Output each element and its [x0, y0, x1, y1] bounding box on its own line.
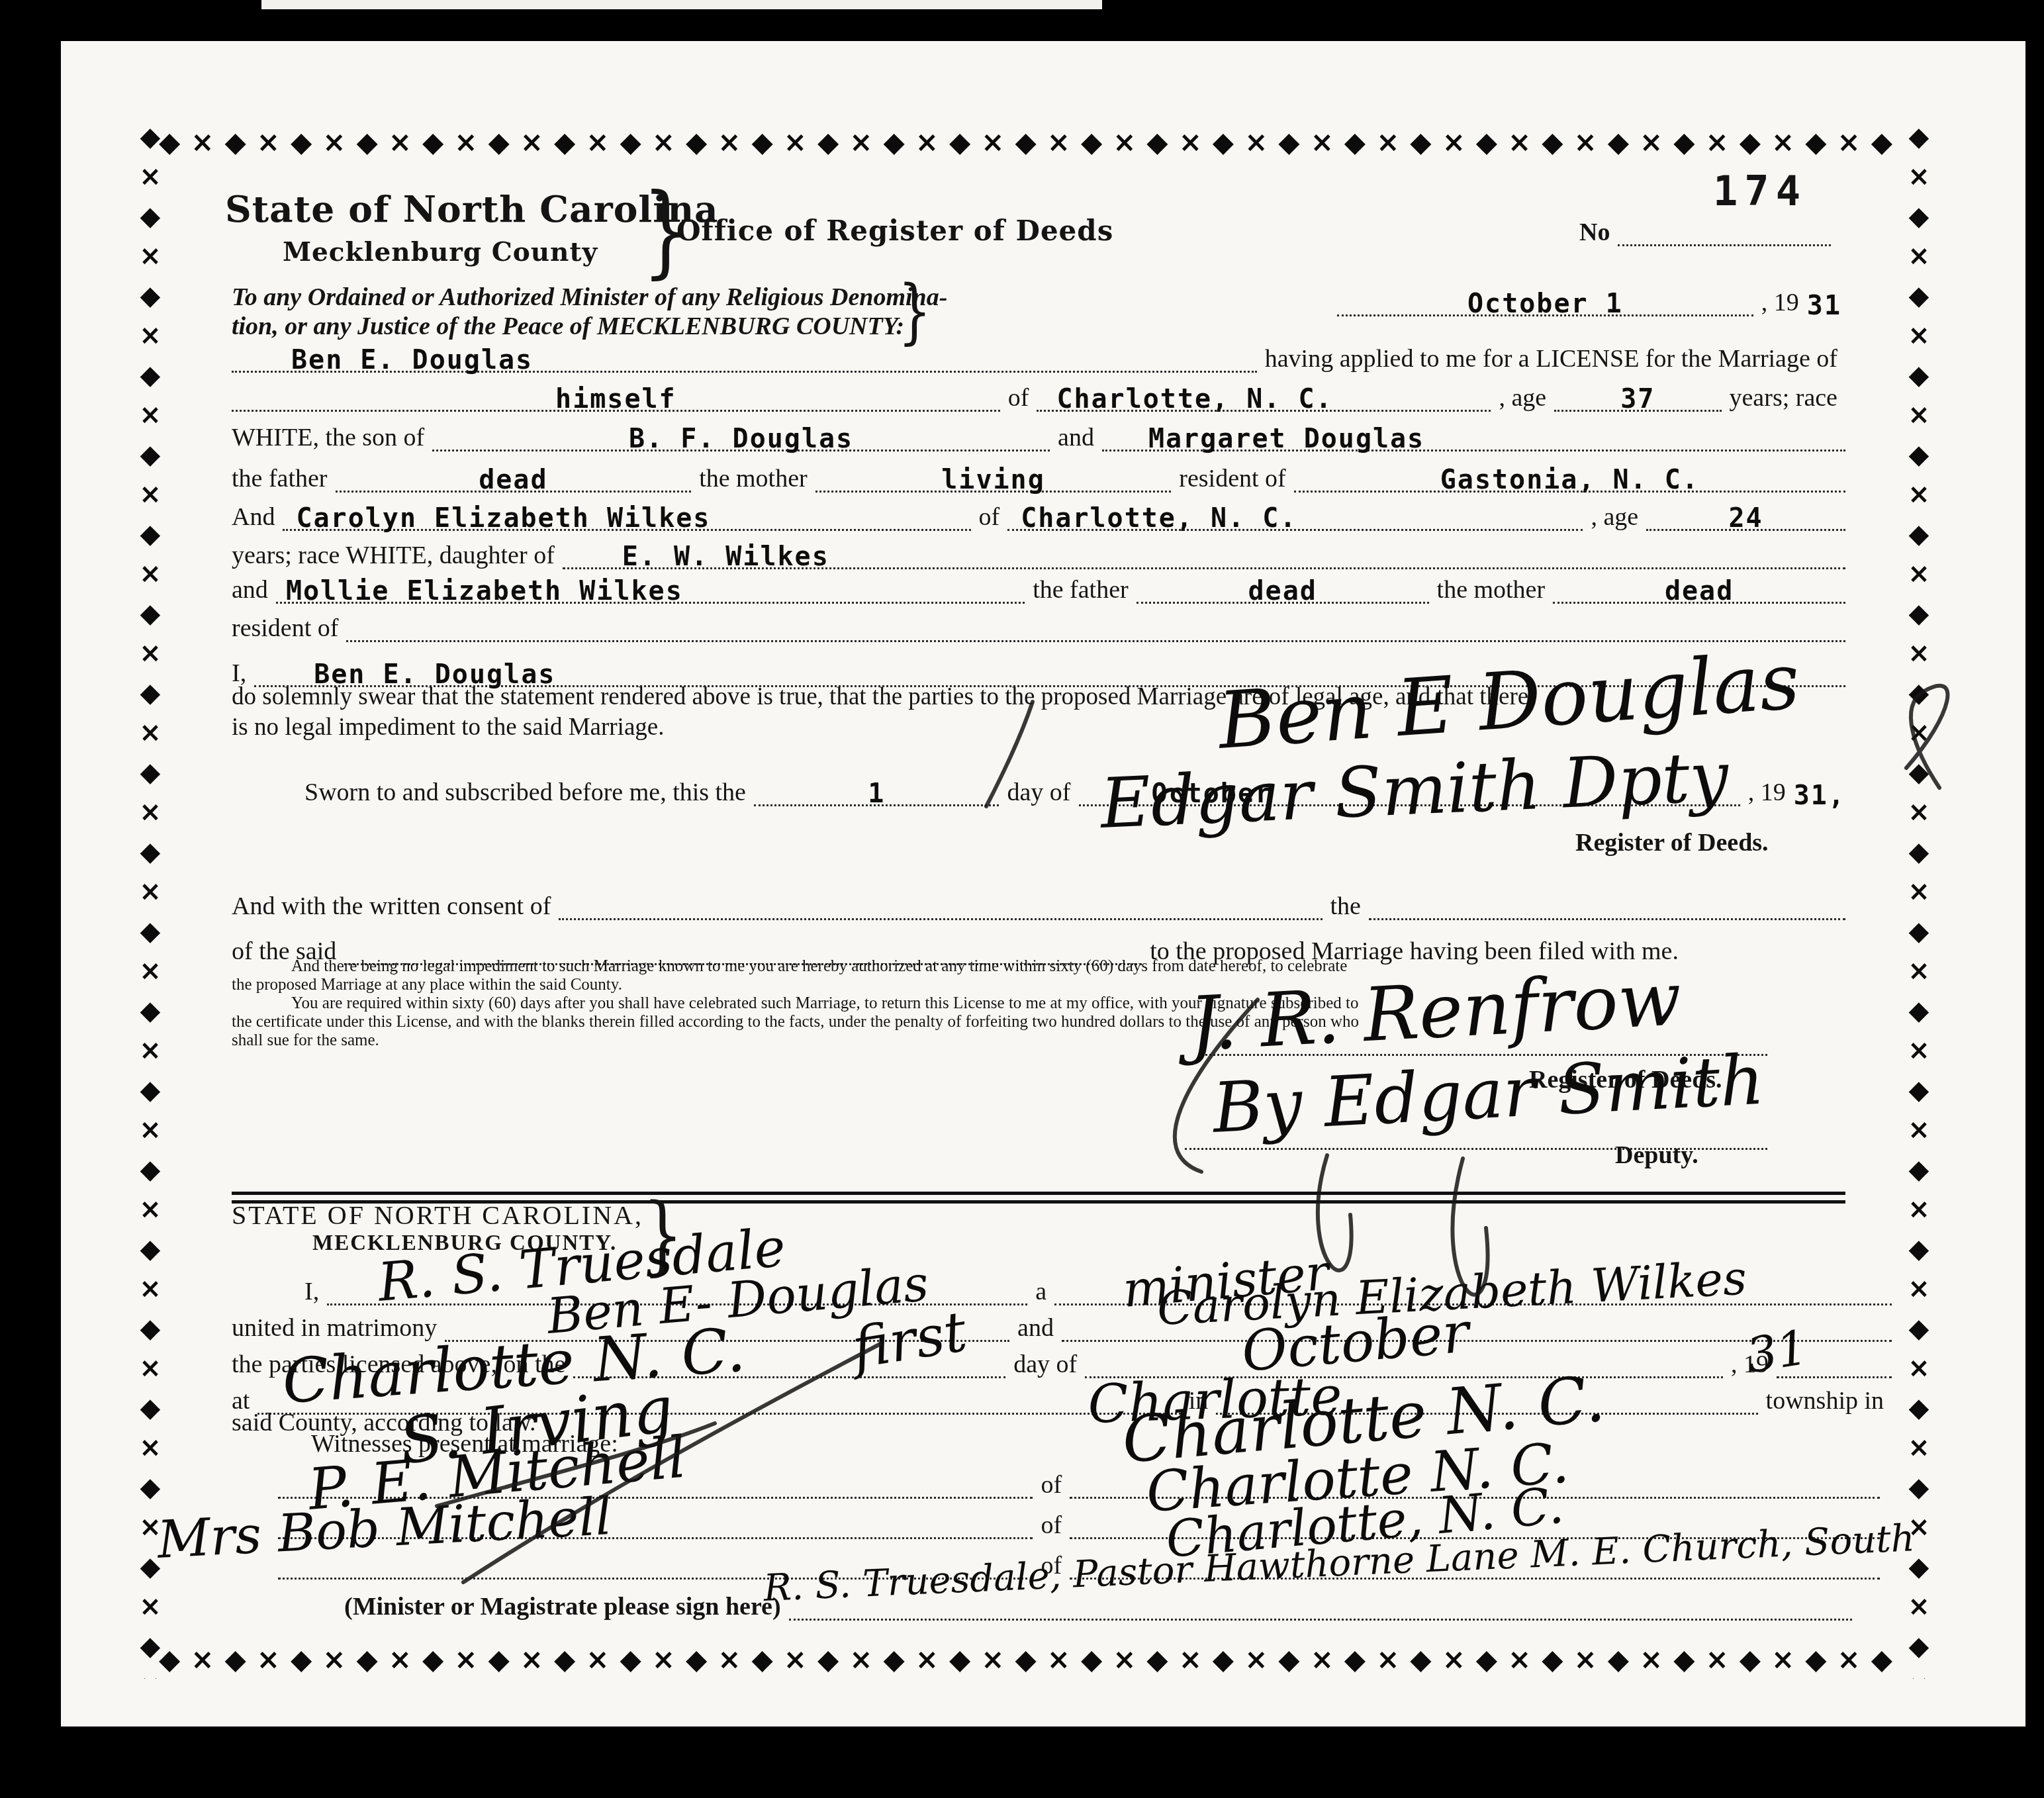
mother-label-1: the mother [699, 466, 808, 493]
fineprint-2: the proposed Marriage at any place withi… [232, 976, 622, 994]
fineprint-5: shall sue for the same. [232, 1031, 379, 1050]
mother-label-2: the mother [1437, 577, 1546, 604]
border-ornament-right: ◆×◆×◆×◆×◆×◆×◆×◆×◆×◆×◆×◆×◆×◆×◆×◆×◆×◆×◆×◆×… [1892, 122, 1934, 1679]
groom-mother: Margaret Douglas [1148, 426, 1424, 452]
residence-blank [346, 604, 1845, 642]
resident-label-2: resident of [232, 616, 338, 642]
of-label-2: of [979, 504, 1000, 531]
year-value: 31 [1807, 293, 1841, 319]
consent-blank-2 [1369, 882, 1845, 920]
consent-line: And with the written consent of the [232, 884, 1845, 920]
sworn-year: 31, [1794, 782, 1845, 809]
header-county: Mecklenburg County [225, 240, 655, 265]
a-label: a [1035, 1279, 1046, 1305]
day-hand: first [849, 1303, 970, 1376]
and-label-1: and [1058, 425, 1094, 451]
bride-mother-blank: Mollie Elizabeth Wilkes [276, 566, 1025, 604]
groom-age-blank: 37 [1554, 374, 1721, 412]
fineprint-1: And there being no legal impediment to s… [291, 957, 1347, 976]
scan-artifact [261, 0, 1102, 9]
year-hand: 31 [1743, 1323, 1811, 1380]
groom-mother-blank: Margaret Douglas [1102, 414, 1845, 451]
for-whom-blank: himself [232, 374, 1000, 412]
license-number-line: No [1579, 211, 1831, 246]
groom-city-blank: Charlotte, N. C. [1037, 374, 1491, 412]
license-number: 174 [1713, 171, 1807, 212]
father-label-2: the father [1033, 577, 1129, 604]
border-ornament-left: ◆×◆×◆×◆×◆×◆×◆×◆×◆×◆×◆×◆×◆×◆×◆×◆×◆×◆×◆×◆×… [123, 122, 165, 1679]
sign-here-label: (Minister or Magistrate please sign here… [344, 1594, 781, 1621]
sworn-day: 1 [868, 781, 885, 807]
bride-city-blank: Charlotte, N. C. [1007, 493, 1583, 531]
applicant-name: Ben E. Douglas [291, 347, 533, 373]
consent-label: And with the written consent of [232, 894, 551, 920]
bride-name-blank: Carolyn Elizabeth Wilkes [283, 493, 970, 531]
bride-father-status: dead [1248, 578, 1317, 604]
age-label-1: , age [1499, 385, 1546, 412]
bride-city: Charlotte, N. C. [1021, 505, 1297, 532]
and-label-2: And [232, 504, 275, 531]
bride-name: Carolyn Elizabeth Wilkes [296, 505, 710, 532]
border-ornament-top: ◆×◆×◆×◆×◆×◆×◆×◆×◆×◆×◆×◆×◆×◆×◆×◆×◆×◆×◆×◆×… [159, 122, 1906, 163]
header-office: Office of Register of Deeds [676, 217, 1113, 245]
day-of-label-2: day of [1013, 1352, 1077, 1378]
bride-age: 24 [1728, 505, 1763, 532]
groom-parents-city: Gastonia, N. C. [1440, 467, 1699, 493]
groom-parents-city-blank: Gastonia, N. C. [1294, 455, 1845, 493]
the-label: the [1330, 894, 1361, 920]
son-of-label: WHITE, the son of [232, 425, 424, 451]
years-race-label: years; race [1730, 385, 1838, 412]
date-line: October 1 , 19 31 [1337, 281, 1841, 316]
bride-mother-status: dead [1665, 578, 1734, 604]
and-label-3: and [232, 577, 268, 604]
deputy-label: Deputy. [1615, 1143, 1698, 1168]
applied-label: having applied to me for a LICENSE for t… [1265, 346, 1837, 373]
witness-2-of: of [1041, 1513, 1062, 1539]
number-blank [1618, 209, 1831, 246]
parents-line: WHITE, the son of B. F. Douglas and Marg… [232, 416, 1845, 451]
bride-mother-line: and Mollie Elizabeth Wilkes the father d… [232, 568, 1845, 604]
groom-age: 37 [1620, 386, 1655, 412]
certificate-i-label: I, [304, 1279, 319, 1305]
township-label: township in [1766, 1388, 1884, 1415]
for-whom: himself [555, 386, 676, 412]
certificate-state: STATE OF NORTH CAROLINA, [232, 1202, 643, 1229]
witness-1-of: of [1041, 1472, 1062, 1499]
groom-city: Charlotte, N. C. [1056, 386, 1332, 412]
sworn-year-prefix: , 19 [1748, 780, 1786, 806]
bride-mother-status-blank: dead [1553, 566, 1845, 604]
groom-father: B. F. Douglas [629, 426, 853, 452]
number-label: No [1579, 220, 1610, 246]
bride-mother: Mollie Elizabeth Wilkes [286, 578, 683, 604]
bride-age-blank: 24 [1646, 493, 1845, 531]
border-ornament-bottom: ◆×◆×◆×◆×◆×◆×◆×◆×◆×◆×◆×◆×◆×◆×◆×◆×◆×◆×◆×◆×… [159, 1639, 1906, 1680]
for-whom-line: himself of Charlotte, N. C. , age 37 yea… [232, 376, 1845, 412]
consent-blank-1 [559, 882, 1322, 920]
applicant-line: Ben E. Douglas having applied to me for … [232, 337, 1845, 373]
groom-mother-status: living [941, 467, 1045, 493]
groom-father-blank: B. F. Douglas [432, 414, 1050, 451]
header-state: State of North Carolina [225, 191, 655, 227]
residence-line: resident of [232, 606, 1845, 642]
groom-father-status-blank: dead [336, 455, 692, 493]
certificate-and-label: and [1017, 1315, 1054, 1342]
groom-father-status: dead [479, 467, 547, 493]
register-of-deeds-label-1: Register of Deeds. [1575, 830, 1769, 855]
date-blank: October 1 [1337, 279, 1753, 316]
document-scan: ◆×◆×◆×◆×◆×◆×◆×◆×◆×◆×◆×◆×◆×◆×◆×◆×◆×◆×◆×◆×… [0, 0, 2044, 1798]
of-label-1: of [1008, 385, 1029, 412]
sworn-day-blank: 1 [754, 769, 999, 806]
year-prefix: , 19 [1761, 290, 1799, 316]
daughter-of-label: years; race WHITE, daughter of [232, 543, 555, 569]
sworn-label: Sworn to and subscribed before me, this … [304, 780, 746, 806]
parents-status-line: the father dead the mother living reside… [232, 457, 1845, 493]
bride-father-status-blank: dead [1137, 566, 1429, 604]
address-line-1: To any Ordained or Authorized Minister o… [232, 285, 947, 310]
groom-mother-status-blank: living [815, 455, 1172, 493]
bride-line: And Carolyn Elizabeth Wilkes of Charlott… [232, 495, 1845, 531]
age-label-2: , age [1591, 504, 1638, 531]
day-of-label-1: day of [1007, 780, 1070, 806]
applicant-blank: Ben E. Douglas [232, 335, 1257, 373]
father-label-1: the father [232, 466, 328, 493]
bride-father-blank: E. W. Wilkes [563, 532, 1845, 569]
bride-father-line: years; race WHITE, daughter of E. W. Wil… [232, 534, 1845, 569]
resident-label-1: resident of [1179, 466, 1285, 493]
date-value: October 1 [1467, 291, 1623, 317]
